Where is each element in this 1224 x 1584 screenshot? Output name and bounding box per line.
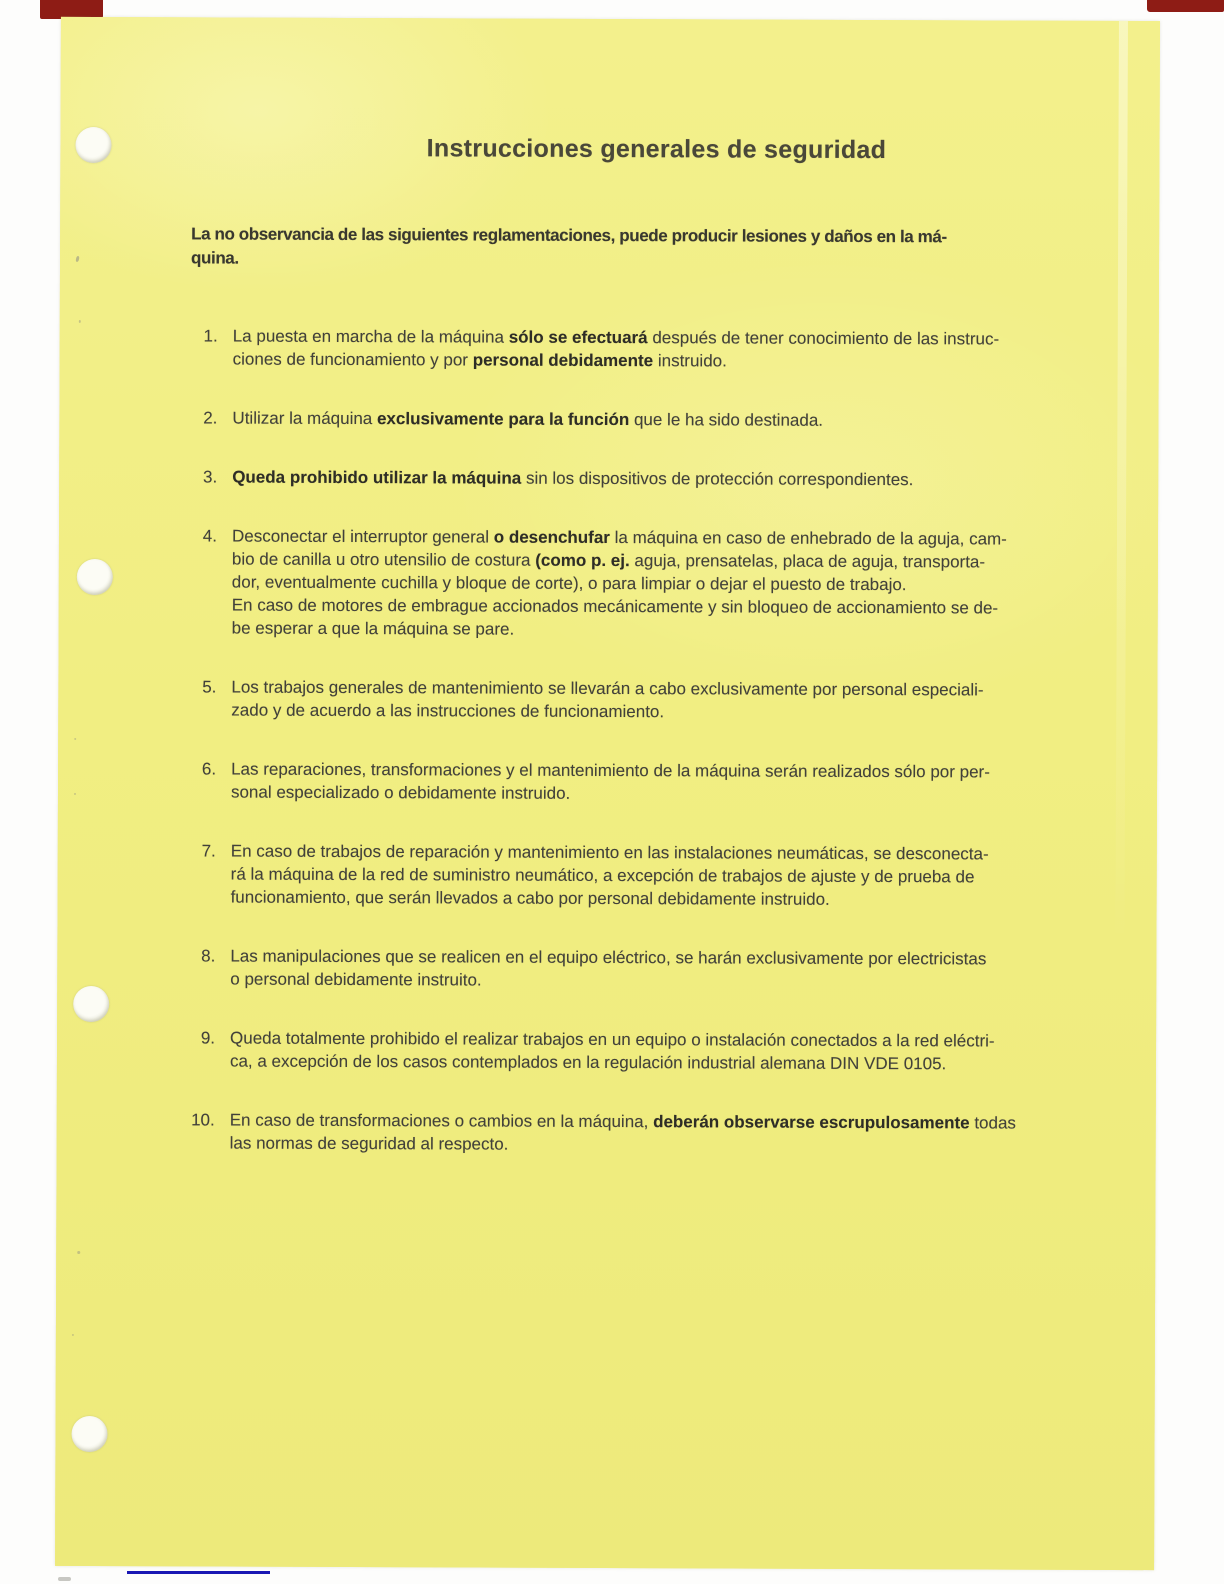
item-number: 10. — [171, 1108, 215, 1154]
item-number: 2. — [173, 406, 217, 429]
text-line: be esperar a que la máquina se pare. — [232, 617, 1007, 643]
safety-instructions-list: 1.La puesta en marcha de la máquina sólo… — [170, 324, 1224, 1194]
item-text: En caso de transformaciones o cambios en… — [230, 1109, 1016, 1158]
intro-line: quina. — [191, 246, 947, 273]
hole-punch-3 — [73, 986, 109, 1022]
item-number: 4. — [173, 524, 217, 639]
intro-paragraph: La no observancia de las siguientes regl… — [191, 222, 947, 273]
text-line: dor, eventualmente cuchilla y bloque de … — [232, 571, 1007, 597]
scan-speck — [72, 1334, 74, 1336]
list-item: 8.Las manipulaciones que se realicen en … — [171, 944, 1224, 994]
item-number: 6. — [172, 757, 216, 803]
text-line: Queda prohibido utilizar la máquina sin … — [232, 466, 913, 492]
list-item: 6.Las reparaciones, transformaciones y e… — [172, 757, 1224, 807]
text-line: funcionamiento, que serán llevados a cab… — [231, 886, 989, 912]
item-text: Las reparaciones, transformaciones y el … — [231, 758, 990, 807]
blue-pen-mark — [127, 1571, 270, 1574]
item-number: 9. — [171, 1026, 215, 1072]
text-line: bio de canilla u otro utensilio de costu… — [232, 548, 1007, 574]
hole-punch-2 — [77, 559, 113, 595]
item-text: Los trabajos generales de mantenimiento … — [231, 676, 983, 725]
item-text: Utilizar la máquina exclusivamente para … — [232, 407, 823, 432]
item-number: 7. — [172, 839, 216, 908]
text-line: o personal debidamente instruito. — [230, 968, 986, 994]
document-title: Instrucciones generales de seguridad — [180, 133, 1132, 166]
item-text: En caso de trabajos de reparación y mant… — [231, 840, 989, 912]
list-item: 1.La puesta en marcha de la máquina sólo… — [174, 324, 1224, 374]
text-line: La puesta en marcha de la máquina sólo s… — [233, 325, 999, 351]
text-line: En caso de transformaciones o cambios en… — [230, 1109, 1016, 1135]
item-text: Queda totalmente prohibido el realizar t… — [230, 1027, 995, 1076]
text-line: Desconectar el interruptor general o des… — [232, 525, 1007, 551]
hole-punch-1 — [75, 127, 111, 163]
item-number: 5. — [172, 675, 216, 721]
item-number: 3. — [173, 465, 217, 488]
scan-speck — [75, 256, 79, 263]
item-text: La puesta en marcha de la máquina sólo s… — [233, 325, 1000, 374]
item-text: Desconectar el interruptor general o des… — [232, 525, 1007, 643]
intro-line: La no observancia de las siguientes regl… — [191, 222, 947, 249]
text-line: las normas de seguridad al respecto. — [230, 1132, 1016, 1158]
scan-speck — [74, 738, 76, 740]
item-text: Queda prohibido utilizar la máquina sin … — [232, 466, 913, 492]
text-line: sonal especializado o debidamente instru… — [231, 781, 990, 807]
item-number: 1. — [174, 324, 218, 370]
list-item: 7.En caso de trabajos de reparación y ma… — [172, 839, 1224, 912]
text-line: rá la máquina de la red de suministro ne… — [231, 863, 989, 889]
scan-speck — [74, 793, 76, 795]
list-item: 3.Queda prohibido utilizar la máquina si… — [173, 465, 1224, 492]
text-line: ciones de funcionamiento y por personal … — [233, 348, 999, 374]
text-line: zado y de acuerdo a las instrucciones de… — [231, 699, 983, 725]
hole-punch-4 — [71, 1416, 107, 1452]
scan-speck — [79, 320, 81, 323]
text-line: Queda totalmente prohibido el realizar t… — [230, 1027, 995, 1053]
list-item: 2.Utilizar la máquina exclusivamente par… — [173, 406, 1224, 433]
text-line: Utilizar la máquina exclusivamente para … — [232, 407, 823, 432]
text-line: Las manipulaciones que se realicen en el… — [230, 945, 986, 971]
list-item: 4.Desconectar el interruptor general o d… — [173, 524, 1224, 643]
text-line: Las reparaciones, transformaciones y el … — [231, 758, 990, 784]
list-item: 5.Los trabajos generales de mantenimient… — [172, 675, 1224, 725]
list-item: 9.Queda totalmente prohibido el realizar… — [171, 1026, 1224, 1076]
text-line: ca, a excepción de los casos contemplado… — [230, 1050, 995, 1076]
item-number: 8. — [171, 944, 215, 990]
paper-sheet: Instrucciones generales de seguridad La … — [55, 17, 1160, 1570]
item-text: Las manipulaciones que se realicen en el… — [230, 945, 986, 994]
text-line: Los trabajos generales de mantenimiento … — [231, 676, 983, 702]
text-line: En caso de motores de embrague accionado… — [232, 594, 1007, 620]
list-item: 10.En caso de transformaciones o cambios… — [171, 1108, 1224, 1158]
red-scan-mark-right — [1147, 0, 1224, 12]
scan-smudge — [58, 1577, 71, 1581]
text-line: En caso de trabajos de reparación y mant… — [231, 840, 989, 866]
scan-speck — [77, 1251, 80, 1254]
